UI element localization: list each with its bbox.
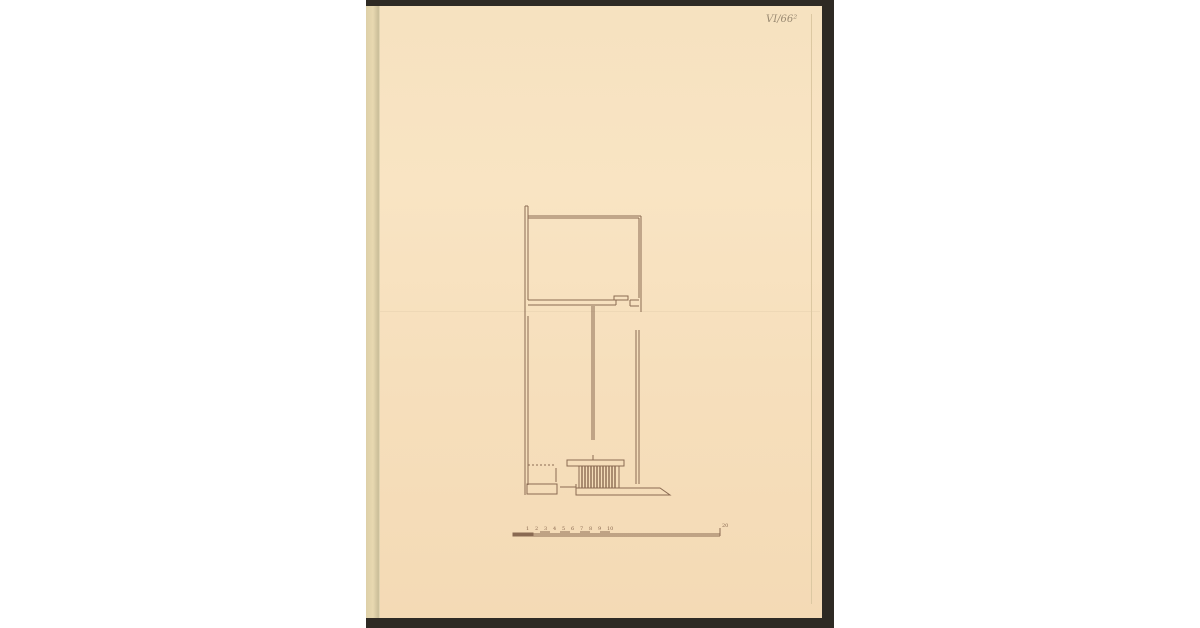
svg-text:7: 7 xyxy=(580,526,583,532)
svg-text:8: 8 xyxy=(589,526,592,532)
svg-text:5: 5 xyxy=(562,526,565,532)
svg-text:3: 3 xyxy=(544,526,547,532)
upper-room xyxy=(525,206,641,312)
svg-text:2: 2 xyxy=(535,526,538,532)
svg-text:10: 10 xyxy=(607,526,613,532)
svg-text:20: 20 xyxy=(722,523,728,529)
scale-labels: 123 456 789 1020 xyxy=(526,523,728,532)
svg-text:4: 4 xyxy=(553,526,556,532)
svg-text:9: 9 xyxy=(598,526,601,532)
svg-text:1: 1 xyxy=(526,526,529,532)
floor-plan-drawing: 123 456 789 1020 xyxy=(0,0,1200,628)
entrance-steps xyxy=(527,455,670,495)
svg-text:6: 6 xyxy=(571,526,574,532)
